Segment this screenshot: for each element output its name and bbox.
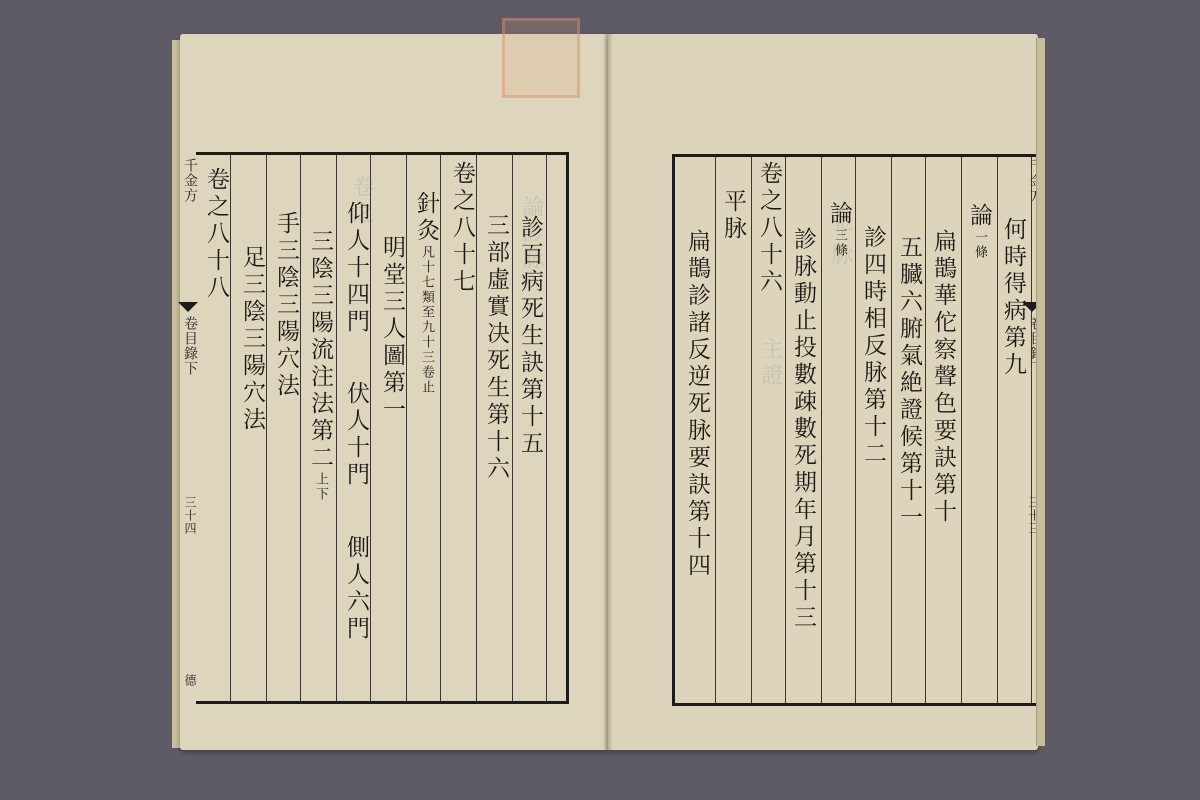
column-9: 足三陰三陽穴法	[240, 245, 263, 434]
left-page-frame: 論診脉 卷之 診百病死生訣第十五 三部虛實决死生第十六 卷之八十七 針灸凡十七類…	[196, 152, 569, 704]
column-7: 三陰三陽流注法第二上下	[308, 229, 331, 502]
right-page: 平脉 主證 何時得病第九 論一條 扁鵲華佗察聲色要訣第十 五臓六腑氣絶證候第十一…	[608, 34, 1038, 750]
column-10: 扁鵲診諸反逆死脉要訣第十四	[685, 229, 708, 580]
column-4-main: 針灸	[413, 191, 439, 245]
book-spread: 論診脉 卷之 診百病死生訣第十五 三部虛實决死生第十六 卷之八十七 針灸凡十七類…	[172, 34, 1044, 750]
fish-tail-mark	[178, 302, 198, 312]
red-seal-stamp	[502, 18, 580, 98]
column-4-note: 凡十七類至九十三卷止	[419, 245, 434, 395]
column-6: 論三條	[827, 201, 850, 258]
column-4: 針灸凡十七類至九十三卷止	[414, 191, 437, 395]
column-2-note: 一條	[972, 230, 987, 260]
column-6-b: 伏人十門	[344, 381, 367, 489]
column-5: 明堂三人圖第一	[380, 235, 403, 424]
column-6-c: 側人六門	[344, 535, 367, 643]
margin-bottom-mark: 德	[182, 674, 199, 687]
column-1: 何時得病第九	[1001, 217, 1024, 379]
column-6-main: 論	[826, 201, 852, 228]
column-6-note: 三條	[832, 228, 847, 258]
column-7: 診脉動止投數疎數死期年月第十三	[791, 227, 814, 632]
book-spine	[604, 34, 612, 750]
column-3: 扁鵲華佗察聲色要訣第十	[931, 229, 954, 526]
column-2: 三部虛實决死生第十六	[484, 213, 507, 483]
column-7-main: 三陰三陽流注法第二	[307, 229, 333, 472]
left-page: 論診脉 卷之 診百病死生訣第十五 三部虛實决死生第十六 卷之八十七 針灸凡十七類…	[180, 34, 608, 750]
column-2: 論一條	[967, 203, 990, 260]
column-10-volume: 卷之八十八	[204, 167, 227, 302]
book-edge-right	[1036, 38, 1045, 746]
column-5: 診四時相反脉第十二	[861, 225, 884, 468]
column-8: 手三陰三陽穴法	[274, 211, 297, 400]
column-9: 平脉	[721, 189, 744, 243]
column-1: 診百病死生訣第十五	[518, 215, 541, 458]
column-2-main: 論	[966, 203, 992, 230]
column-4: 五臓六腑氣絶證候第十一	[897, 235, 920, 532]
column-8-volume: 卷之八十六	[757, 161, 780, 296]
bleed-through-text: 主證	[755, 337, 786, 389]
column-7-note: 上下	[313, 472, 328, 502]
margin-section: 卷目錄下	[180, 316, 200, 376]
margin-title: 千金方	[180, 158, 200, 203]
column-6-a: 仰人十四門	[344, 201, 367, 336]
column-3-volume: 卷之八十七	[450, 161, 473, 296]
right-page-frame: 平脉 主證 何時得病第九 論一條 扁鵲華佗察聲色要訣第十 五臓六腑氣絶證候第十一…	[672, 154, 1045, 706]
margin-page-number: 三十四	[182, 496, 199, 535]
